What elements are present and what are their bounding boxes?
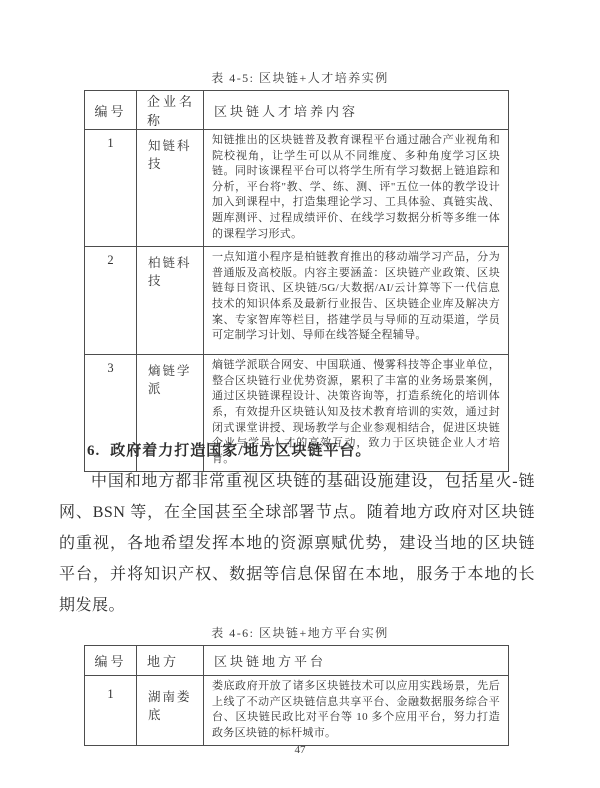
table-row: 2 柏链科技 一点知道小程序是柏链教育推出的移动端学习产品，分为普通版及高校版。… [85,247,509,355]
page-number: 47 [0,744,600,756]
table-4-5-header-content: 区块链人才培养内容 [204,91,509,130]
row-no: 2 [85,247,137,355]
table-4-5-caption: 表 4-5: 区块链+人才培养实例 [0,69,600,86]
document-page: 表 4-5: 区块链+人才培养实例 编号 企业名称 区块链人才培养内容 1 知链… [0,0,600,788]
section-number: 6. [87,443,100,459]
table-4-5: 编号 企业名称 区块链人才培养内容 1 知链科技 知链推出的区块链普及教育课程平… [84,90,509,472]
row-no: 1 [85,676,137,746]
platform-content: 娄底政府开放了诸多区块链技术可以应用实践场景，先后上线了不动产区块链信息共享平台… [204,676,509,746]
table-4-6-header-place: 地方 [137,646,204,676]
table-4-6: 编号 地方 区块链地方平台 1 湖南娄底 娄底政府开放了诸多区块链技术可以应用实… [84,645,509,746]
table-4-6-header-platform: 区块链地方平台 [204,646,509,676]
table-4-6-caption: 表 4-6: 区块链+地方平台实例 [0,624,600,641]
table-4-6-header-no: 编号 [85,646,137,676]
table-row: 1 知链科技 知链推出的区块链普及教育课程平台通过融合产业视角和院校视角，让学生… [85,130,509,247]
table-4-6-header-row: 编号 地方 区块链地方平台 [85,646,509,676]
row-no: 1 [85,130,137,247]
table-4-5-header-company: 企业名称 [137,91,204,130]
company-name: 知链科技 [137,130,204,247]
table-4-5-header-row: 编号 企业名称 区块链人才培养内容 [85,91,509,130]
place-name: 湖南娄底 [137,676,204,746]
section-6-heading: 6.政府着力打造国家/地方区块链平台。 [87,439,557,460]
table-row: 1 湖南娄底 娄底政府开放了诸多区块链技术可以应用实践场景，先后上线了不动产区块… [85,676,509,746]
table-4-5-header-no: 编号 [85,91,137,130]
company-name: 柏链科技 [137,247,204,355]
section-6-paragraph: 中国和地方都非常重视区块链的基础设施建设，包括星火-链网、BSN 等，在全国甚至… [59,466,535,621]
training-content: 知链推出的区块链普及教育课程平台通过融合产业视角和院校视角，让学生可以从不同维度… [204,130,509,247]
section-title-text: 政府着力打造国家/地方区块链平台。 [110,443,371,459]
training-content: 一点知道小程序是柏链教育推出的移动端学习产品，分为普通版及高校版。内容主要涵盖：… [204,247,509,355]
